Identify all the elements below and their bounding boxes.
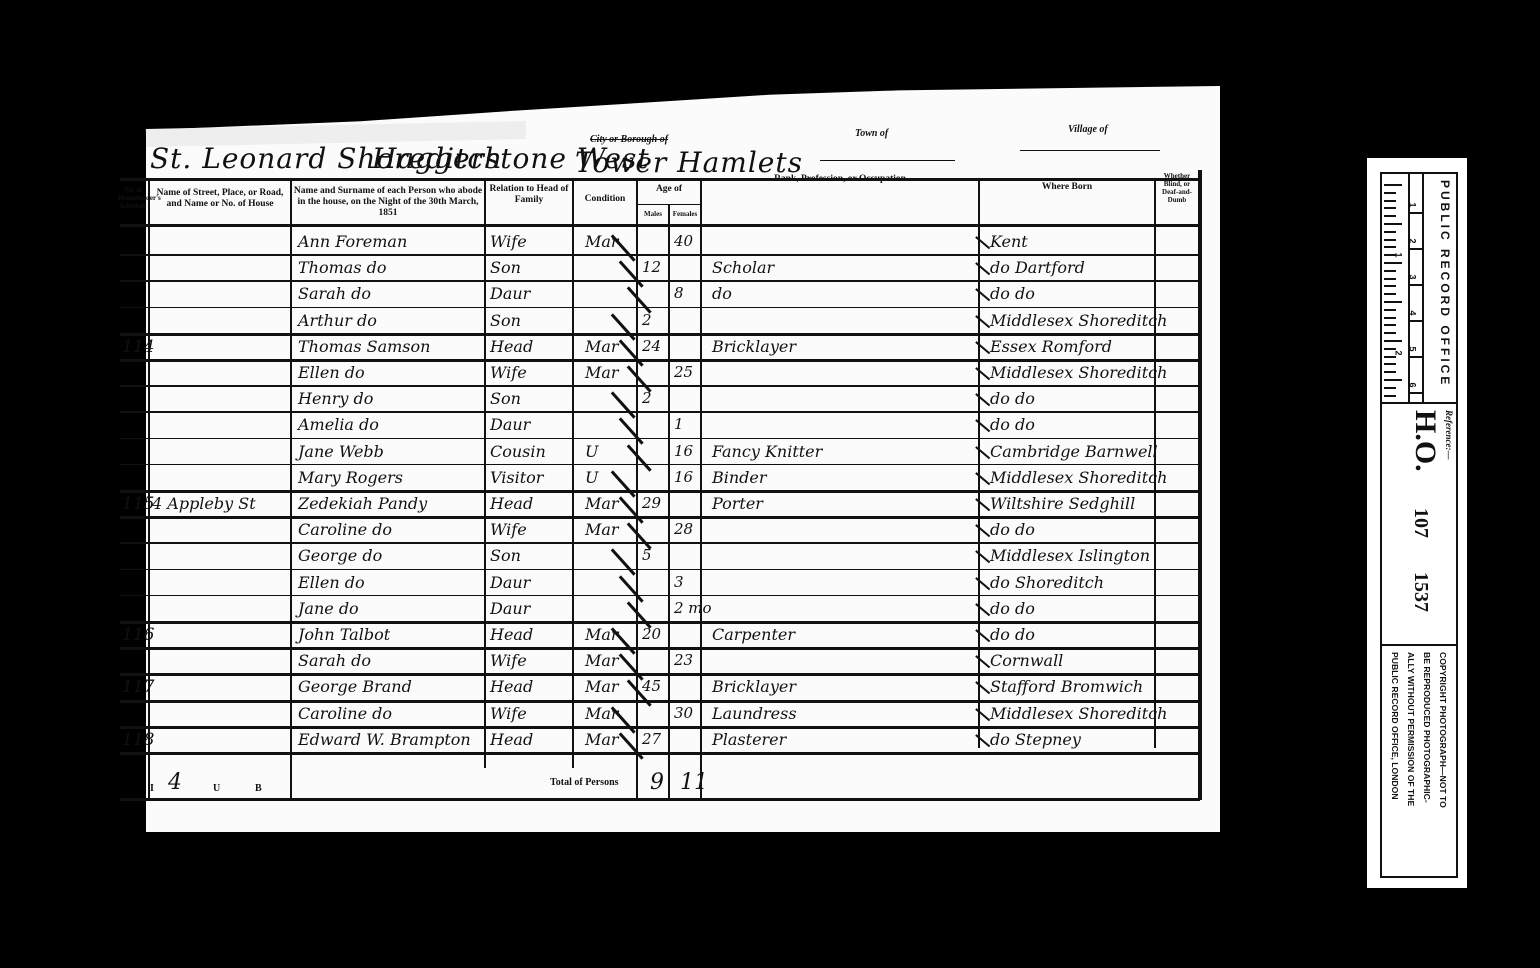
ruler-cm-number: 6 [1408,382,1418,387]
ruler-cm-division [1408,392,1422,394]
address-cell: 4 Appleby St [152,494,256,513]
reference-label: Reference:— [1444,410,1454,459]
name-cell: Ann Foreman [298,232,407,251]
ruler-tick [1384,309,1396,311]
col-divider [668,205,670,798]
col-age-females: Females [670,210,700,218]
reference-box: Reference:— H.O. 107 1537 [1382,404,1456,646]
male-age-cell: 5 [642,546,652,564]
condition-cell: U [585,442,598,461]
measurement-ruler: 12345612 PUBLIC RECORD OFFICE [1382,174,1456,404]
row-rule [120,595,1200,597]
ruler-cm-number: 5 [1408,346,1418,351]
female-age-cell: 16 [674,442,693,460]
header-bottom-rule [120,224,1200,227]
female-age-cell: 3 [674,573,684,591]
ruler-tick [1384,184,1402,186]
relation-cell: Son [490,546,521,565]
row-rule [120,333,1200,336]
col-divider [572,178,574,768]
occupation-cell: Binder [712,468,767,487]
houses-inhabited-label: I [150,783,154,794]
col-blind-deaf: Whether Blind, or Deaf-and-Dumb [1156,172,1198,204]
ruler-tick [1384,285,1396,287]
condition-cell: Mar [585,520,619,539]
birthplace-cell: do do [990,520,1035,539]
name-cell: Ellen do [298,573,365,592]
name-cell: Jane Webb [298,442,384,461]
ruler-cm-number: 2 [1408,238,1418,243]
male-age-cell: 2 [642,389,652,407]
name-cell: Thomas do [298,258,387,277]
male-age-cell: 45 [642,677,661,695]
col-condition: Condition [574,194,636,205]
row-rule [120,254,1200,256]
birthplace-cell: do do [990,415,1035,434]
reference-card: 12345612 PUBLIC RECORD OFFICE Reference:… [1367,158,1467,888]
female-age-cell: 8 [674,284,684,302]
name-cell: Arthur do [298,311,377,330]
male-age-cell: 27 [642,730,661,748]
total-persons-label: Total of Persons [550,777,619,788]
occupation-cell: Fancy Knitter [712,442,822,461]
name-cell: Edward W. Brampton [298,730,471,749]
occupation-cell: Scholar [712,258,774,277]
birthplace-cell: do Dartford [990,258,1085,277]
name-cell: Mary Rogers [298,468,403,487]
ruler-tick [1384,293,1396,295]
ruler-tick [1384,192,1396,194]
male-age-cell: 20 [642,625,661,643]
name-cell: Thomas Samson [298,337,430,356]
female-age-cell: 40 [674,232,693,250]
schedule-number: 116 [122,625,154,645]
ruler-tick [1384,270,1396,272]
condition-cell: Mar [585,337,619,356]
birthplace-cell: Stafford Bromwich [990,677,1143,696]
ruler-cm-division [1408,284,1422,286]
relation-cell: Wife [490,363,527,382]
village-label: Village of [1068,124,1108,135]
row-rule [120,673,1200,676]
birthplace-cell: Kent [990,232,1028,251]
col-age-males: Males [638,210,668,218]
row-rule [120,752,1200,755]
female-age-cell: 23 [674,651,693,669]
reference-piece-b: 1537 [1409,572,1432,612]
ruler-cm-number: 4 [1408,310,1418,315]
female-age-cell: 1 [674,415,684,433]
schedule-number: 118 [122,730,154,750]
birthplace-cell: do do [990,389,1035,408]
col-occupation: Rank, Profession, or Occupation [740,174,940,185]
relation-cell: Son [490,389,521,408]
col-address: Name of Street, Place, or Road, and Name… [152,188,288,210]
relation-cell: Wife [490,232,527,251]
relation-cell: Head [490,677,533,696]
ruler-inch-number: 2 [1394,350,1404,355]
ruler-cm-division [1408,356,1422,358]
relation-cell: Head [490,625,533,644]
town-underline [820,160,955,161]
condition-cell: U [585,468,598,487]
relation-cell: Daur [490,415,530,434]
occupation-cell: Laundress [712,704,797,723]
ruler-tick [1384,200,1396,202]
houses-building-label: B [255,783,262,794]
col-divider [636,178,638,798]
ruler-tick [1384,207,1396,209]
col-divider [148,178,150,798]
reference-piece-a: 107 [1409,508,1432,538]
col-divider [484,178,486,768]
reference-series: H.O. [1408,410,1442,472]
female-age-cell: 30 [674,704,693,722]
male-age-cell: 12 [642,258,661,276]
row-rule [120,411,1200,413]
col-divider [700,178,702,798]
row-rule [120,726,1200,729]
relation-cell: Daur [490,599,530,618]
total-females: 11 [680,770,708,795]
schedule-number: 114 [122,337,154,357]
ruler-tick [1384,262,1402,264]
occupation-cell: Porter [712,494,763,513]
ruler-inch-number: 1 [1394,252,1404,257]
birthplace-cell: do Stepney [990,730,1081,749]
schedule-number: 115 [122,494,154,514]
condition-cell: Mar [585,494,619,513]
ruler-cm-number: 3 [1408,274,1418,279]
town-label: Town of [855,128,888,139]
birthplace-cell: Essex Romford [990,337,1112,356]
ruler-tick [1384,395,1396,397]
col-name: Name and Surname of each Person who abod… [292,186,484,219]
relation-cell: Head [490,494,533,513]
relation-cell: Daur [490,573,530,592]
row-rule [120,569,1200,571]
row-rule [120,490,1200,493]
name-cell: Caroline do [298,704,392,723]
ruler-tick [1384,324,1396,326]
occupation-cell: Bricklayer [712,337,796,356]
houses-inhabited-value: 4 [168,770,182,795]
relation-cell: Cousin [490,442,546,461]
relation-cell: Wife [490,520,527,539]
female-age-cell: 25 [674,363,693,381]
relation-cell: Son [490,311,521,330]
row-rule [120,438,1200,440]
male-age-cell: 29 [642,494,661,512]
birthplace-cell: do do [990,625,1035,644]
ruler-tick [1384,231,1396,233]
female-age-cell: 16 [674,468,693,486]
female-age-cell: 2 mo [674,599,712,617]
birthplace-cell: Middlesex Islington [990,546,1150,565]
row-rule [120,385,1200,387]
occupation-cell: do [712,284,732,303]
birthplace-cell: Middlesex Shoreditch [990,311,1167,330]
relation-cell: Head [490,730,533,749]
male-age-cell: 2 [642,311,652,329]
row-rule [120,359,1200,362]
age-sub-rule [636,204,700,205]
ruler-tick [1384,371,1396,373]
ruler-tick [1384,317,1396,319]
ruler-tick [1384,223,1402,225]
reference-card-frame: 12345612 PUBLIC RECORD OFFICE Reference:… [1380,172,1458,878]
schedule-number: 117 [122,677,154,697]
birthplace-cell: Wiltshire Sedghill [990,494,1135,513]
condition-cell: Mar [585,677,619,696]
office-name: PUBLIC RECORD OFFICE [1422,176,1456,400]
name-cell: Caroline do [298,520,392,539]
occupation-cell: Bricklayer [712,677,796,696]
row-rule [120,700,1200,703]
relation-cell: Daur [490,284,530,303]
name-cell: Jane do [298,599,359,618]
relation-cell: Wife [490,651,527,670]
ruler-tick [1384,363,1396,365]
copyright-notice: COPYRIGHT PHOTOGRAPH—NOT TO BE REPRODUCE… [1382,648,1456,876]
houses-uninhabited-label: U [213,783,220,794]
row-rule [120,280,1200,282]
name-cell: Sarah do [298,651,371,670]
row-rule [120,542,1200,544]
occupation-cell: Plasterer [712,730,786,749]
header-top-rule [120,178,1200,181]
condition-cell: Mar [585,363,619,382]
ruler-tick [1384,278,1396,280]
row-rule [120,516,1200,519]
occupation-cell: Carpenter [712,625,795,644]
village-underline [1020,150,1160,151]
name-cell: Sarah do [298,284,371,303]
row-rule [120,464,1200,466]
ruler-tick [1384,379,1402,381]
row-rule [120,307,1200,309]
condition-cell: Mar [585,730,619,749]
name-cell: Ellen do [298,363,365,382]
birthplace-cell: Cambridge Barnwell [990,442,1158,461]
relation-cell: Head [490,337,533,356]
row-rule [120,647,1200,650]
footer-rule [120,798,1200,801]
birthplace-cell: do do [990,284,1035,303]
ruler-tick [1384,301,1402,303]
ruler-tick [1384,332,1396,334]
ruler-tick [1384,348,1396,350]
birthplace-cell: do do [990,599,1035,618]
male-age-cell: 24 [642,337,661,355]
birthplace-cell: Middlesex Shoreditch [990,468,1167,487]
ruler-tick [1384,356,1396,358]
col-age-of: Age of [638,184,700,195]
ruler-tick [1384,387,1396,389]
borough-label: City or Borough of [590,134,668,145]
ruler-tick [1384,239,1396,241]
birthplace-cell: Cornwall [990,651,1063,670]
name-cell: George do [298,546,382,565]
ruler-tick [1384,246,1396,248]
name-cell: George Brand [298,677,412,696]
birthplace-cell: Middlesex Shoreditch [990,363,1167,382]
relation-cell: Son [490,258,521,277]
ruler-tick [1384,340,1402,342]
relation-cell: Wife [490,704,527,723]
col-divider [290,178,292,798]
name-cell: Zedekiah Pandy [298,494,427,513]
name-cell: Henry do [298,389,373,408]
col-where-born: Where Born [980,182,1154,193]
name-cell: John Talbot [298,625,390,644]
birthplace-cell: Middlesex Shoreditch [990,704,1167,723]
row-rule [120,621,1200,624]
ruler-tick [1384,215,1396,217]
ruler-cm-number: 1 [1408,202,1418,207]
col-schedule-no: No. of Householder's Schedule [118,186,148,210]
right-border [1198,170,1202,800]
col-relation: Relation to Head of Family [486,184,572,206]
total-males: 9 [650,770,664,795]
birthplace-cell: do Shoreditch [990,573,1104,592]
condition-cell: Mar [585,651,619,670]
relation-cell: Visitor [490,468,543,487]
ruler-cm-division [1408,212,1422,214]
female-age-cell: 28 [674,520,693,538]
ruler-cm-division [1408,320,1422,322]
name-cell: Amelia do [298,415,379,434]
ruler-cm-division [1408,248,1422,250]
